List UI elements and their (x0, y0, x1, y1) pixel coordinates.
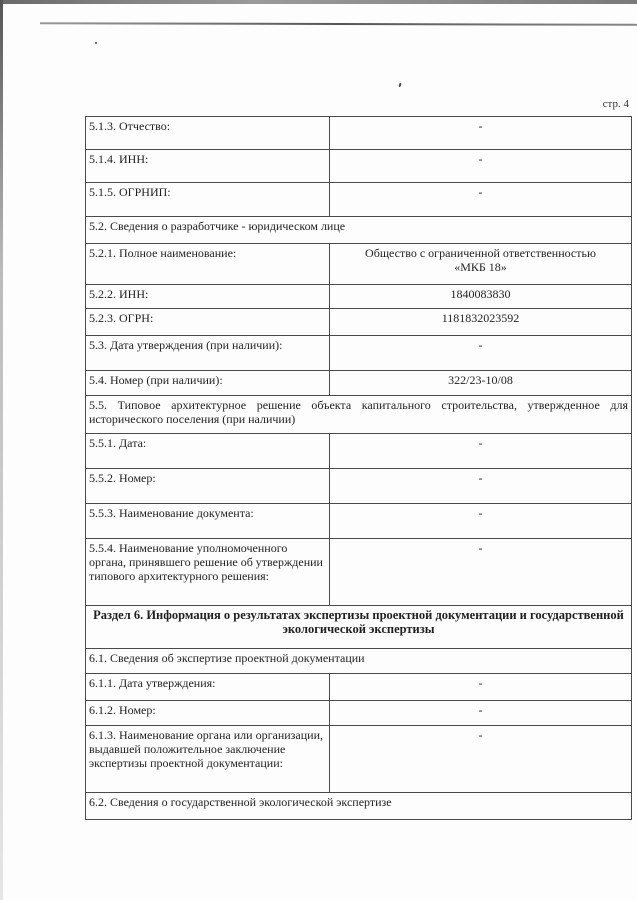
header-rule (40, 22, 637, 26)
table-row-5-2-1: 5.2.1. Полное наименование: Общество с о… (86, 244, 632, 285)
row-label: 5.5.3. Наименование документа: (86, 504, 330, 539)
scan-speck (398, 83, 401, 87)
row-value: - (330, 539, 632, 606)
scan-speck (95, 42, 97, 44)
row-label: 5.2.1. Полное наименование: (86, 244, 330, 285)
row-value: - (330, 150, 632, 183)
row-label: 5.1.5. ОГРНИП: (86, 183, 330, 217)
row-value: - (330, 183, 632, 217)
row-value: - (330, 336, 632, 371)
row-label: 5.3. Дата утверждения (при наличии): (86, 336, 330, 371)
table-row-5-1-3: 5.1.3. Отчество: - (86, 117, 632, 150)
row-value: - (330, 504, 632, 539)
table-row-5-5-3: 5.5.3. Наименование документа: - (86, 504, 632, 539)
row-label: 6.1.1. Дата утверждения: (86, 674, 330, 701)
row-value: 322/23-10/08 (330, 371, 632, 396)
table-row-6-1-1: 6.1.1. Дата утверждения: - (86, 674, 632, 701)
table-row-6-1-2: 6.1.2. Номер: - (86, 701, 632, 726)
row-value: 1181832023592 (330, 309, 632, 336)
scan-edge-top (0, 0, 637, 4)
row-label: 5.2.2. ИНН: (86, 285, 330, 309)
org-name-line2: «МКБ 18» (333, 260, 628, 274)
section-row-6-2: 6.2. Сведения о государственной экологич… (86, 793, 632, 820)
row-value: - (330, 674, 632, 701)
row-value: - (330, 726, 632, 793)
row-value: Общество с ограниченной ответственностью… (330, 244, 632, 285)
section-heading: 6.1. Сведения об экспертизе проектной до… (86, 649, 632, 674)
row-label: 5.5.2. Номер: (86, 469, 330, 504)
table-row-5-2-2: 5.2.2. ИНН: 1840083830 (86, 285, 632, 309)
section-row-6: Раздел 6. Информация о результатах экспе… (86, 606, 632, 649)
table-row-5-2-3: 5.2.3. ОГРН: 1181832023592 (86, 309, 632, 336)
page-number: стр. 4 (603, 98, 629, 110)
row-value: - (330, 117, 632, 150)
table-row-5-4: 5.4. Номер (при наличии): 322/23-10/08 (86, 371, 632, 396)
row-label: 5.4. Номер (при наличии): (86, 371, 330, 396)
table-row-6-1-3: 6.1.3. Наименование органа или организац… (86, 726, 632, 793)
row-label: 6.1.2. Номер: (86, 701, 330, 726)
row-label: 5.5.1. Дата: (86, 434, 330, 469)
row-label: 5.2.3. ОГРН: (86, 309, 330, 336)
table-row-5-5-2: 5.5.2. Номер: - (86, 469, 632, 504)
table-row-5-5-1: 5.5.1. Дата: - (86, 434, 632, 469)
section-row-6-1: 6.1. Сведения об экспертизе проектной до… (86, 649, 632, 674)
row-value: 1840083830 (330, 285, 632, 309)
section-heading: 5.5. Типовое архитектурное решение объек… (86, 396, 632, 434)
table-row-5-3: 5.3. Дата утверждения (при наличии): - (86, 336, 632, 371)
row-value: - (330, 434, 632, 469)
registration-form-table: 5.1.3. Отчество: - 5.1.4. ИНН: - 5.1.5. … (85, 116, 632, 820)
row-label: 5.5.4. Наименование уполномоченного орга… (86, 539, 330, 606)
row-label: 6.1.3. Наименование органа или организац… (86, 726, 330, 793)
table-row-5-5-4: 5.5.4. Наименование уполномоченного орга… (86, 539, 632, 606)
section-heading: 5.2. Сведения о разработчике - юридическ… (86, 217, 632, 244)
section-heading: 6.2. Сведения о государственной экологич… (86, 793, 632, 820)
section-row-5-5: 5.5. Типовое архитектурное решение объек… (86, 396, 632, 434)
scan-edge-left (0, 0, 3, 900)
section-6-heading: Раздел 6. Информация о результатах экспе… (86, 606, 632, 649)
table-row-5-1-4: 5.1.4. ИНН: - (86, 150, 632, 183)
table-row-5-1-5: 5.1.5. ОГРНИП: - (86, 183, 632, 217)
row-label: 5.1.4. ИНН: (86, 150, 330, 183)
section-row-5-2: 5.2. Сведения о разработчике - юридическ… (86, 217, 632, 244)
row-label: 5.1.3. Отчество: (86, 117, 330, 150)
row-value: - (330, 469, 632, 504)
org-name-line1: Общество с ограниченной ответственностью (333, 246, 628, 260)
row-value: - (330, 701, 632, 726)
